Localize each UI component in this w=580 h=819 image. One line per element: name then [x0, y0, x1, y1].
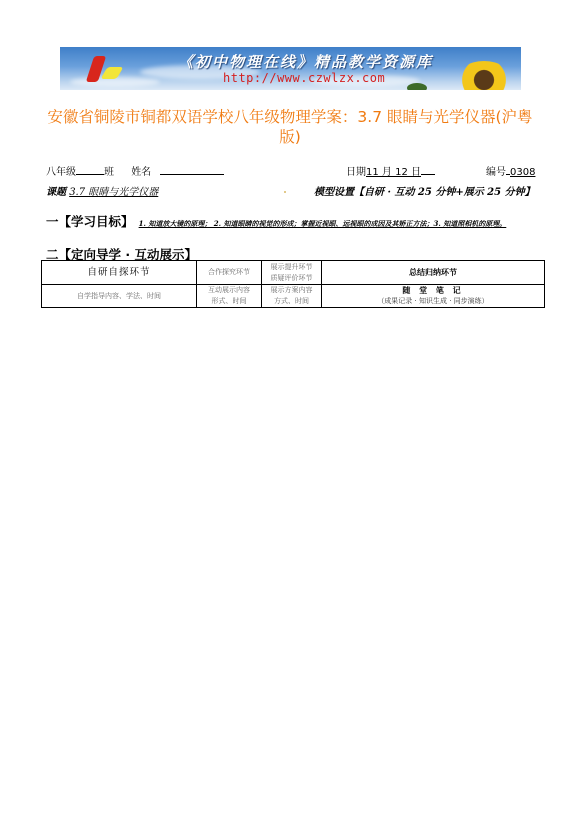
date-field: 日期11 月 12 日 — [346, 163, 435, 178]
grade-label: 八年级 — [46, 163, 76, 178]
leaf-decoration — [407, 83, 427, 90]
banner-title: 《初中物理在线》精品教学资源库 — [178, 51, 433, 72]
learning-goals-heading: 一【学习目标】 — [46, 214, 134, 229]
presentation-plan-line2: 方式、时间 — [262, 296, 321, 307]
summary-header-text: 总结归纳环节 — [409, 268, 457, 277]
mode-value: 【自研 · 互动 25 分钟+展示 25 分钟】 — [354, 187, 535, 198]
presentation-header-line2: 质疑评价环节 — [262, 273, 321, 284]
number-value: 0308 — [510, 167, 535, 178]
topic-value: 3.7 眼睛与光学仪器 — [69, 187, 158, 198]
presentation-header-line1: 展示提升环节 — [262, 262, 321, 273]
date-value: 11 月 12 日 — [366, 167, 421, 178]
interaction-line1: 互动展示内容 — [197, 285, 261, 296]
class-notes-subtitle: （成果记录 · 知识生成 · 同步演练） — [322, 296, 544, 307]
topic-label: 课题 — [46, 187, 66, 198]
banner-url: http://www.czwlzx.com — [223, 71, 385, 85]
self-study-header: 自研自探环节 — [42, 261, 197, 285]
interaction-cell: 互动展示内容 形式、时间 — [197, 285, 262, 308]
cooperation-header: 合作探究环节 — [197, 261, 262, 285]
lesson-plan-table: 自研自探环节 合作探究环节 展示提升环节 质疑评价环节 总结归纳环节 自学指导内… — [41, 260, 545, 308]
summary-header: 总结归纳环节 — [322, 261, 545, 285]
date-label: 日期 — [346, 167, 366, 178]
document-title: 安徽省铜陵市铜都双语学校八年级物理学案：3.7 眼睛与光学仪器(沪粤版) — [42, 107, 538, 147]
presentation-header: 展示提升环节 质疑评价环节 — [262, 261, 322, 285]
stray-dot — [284, 191, 286, 193]
topic-field: 课题 3.7 眼睛与光学仪器 — [46, 183, 158, 198]
sunflower-image — [455, 61, 513, 90]
number-field: 编号0308 — [486, 163, 535, 178]
mode-field: 模型设置【自研 · 互动 25 分钟+展示 25 分钟】 — [314, 183, 535, 198]
class-blank[interactable] — [76, 164, 104, 175]
class-notes-title: 随 堂 笔 记 — [322, 285, 544, 296]
interaction-line2: 形式、时间 — [197, 296, 261, 307]
presentation-plan-line1: 展示方案内容 — [262, 285, 321, 296]
table-row: 自学指导内容、学法、时间 互动展示内容 形式、时间 展示方案内容 方式、时间 随… — [42, 285, 545, 308]
learning-goals-section: 一【学习目标】 1. 知道放大镜的原理； 2. 知道眼睛的视觉的形成；掌握近视眼… — [46, 211, 536, 234]
name-label: 姓名 — [131, 163, 151, 178]
class-label: 班 — [104, 163, 114, 178]
learning-goals-text: 1. 知道放大镜的原理； 2. 知道眼睛的视觉的形成；掌握近视眼、远视眼的成因及… — [139, 219, 507, 228]
mode-label: 模型设置 — [314, 187, 354, 198]
name-blank[interactable] — [160, 164, 224, 175]
number-label: 编号 — [486, 167, 506, 178]
table-row: 自研自探环节 合作探究环节 展示提升环节 质疑评价环节 总结归纳环节 — [42, 261, 545, 285]
date-blank — [421, 164, 435, 175]
presentation-plan-cell: 展示方案内容 方式、时间 — [262, 285, 322, 308]
student-info-row: 八年级班 姓名 日期11 月 12 日 编号0308 — [46, 163, 534, 178]
header-banner: 《初中物理在线》精品教学资源库 http://www.czwlzx.com — [60, 47, 521, 90]
self-study-cell: 自学指导内容、学法、时间 — [42, 285, 197, 308]
class-notes-cell: 随 堂 笔 记 （成果记录 · 知识生成 · 同步演练） — [322, 285, 545, 308]
